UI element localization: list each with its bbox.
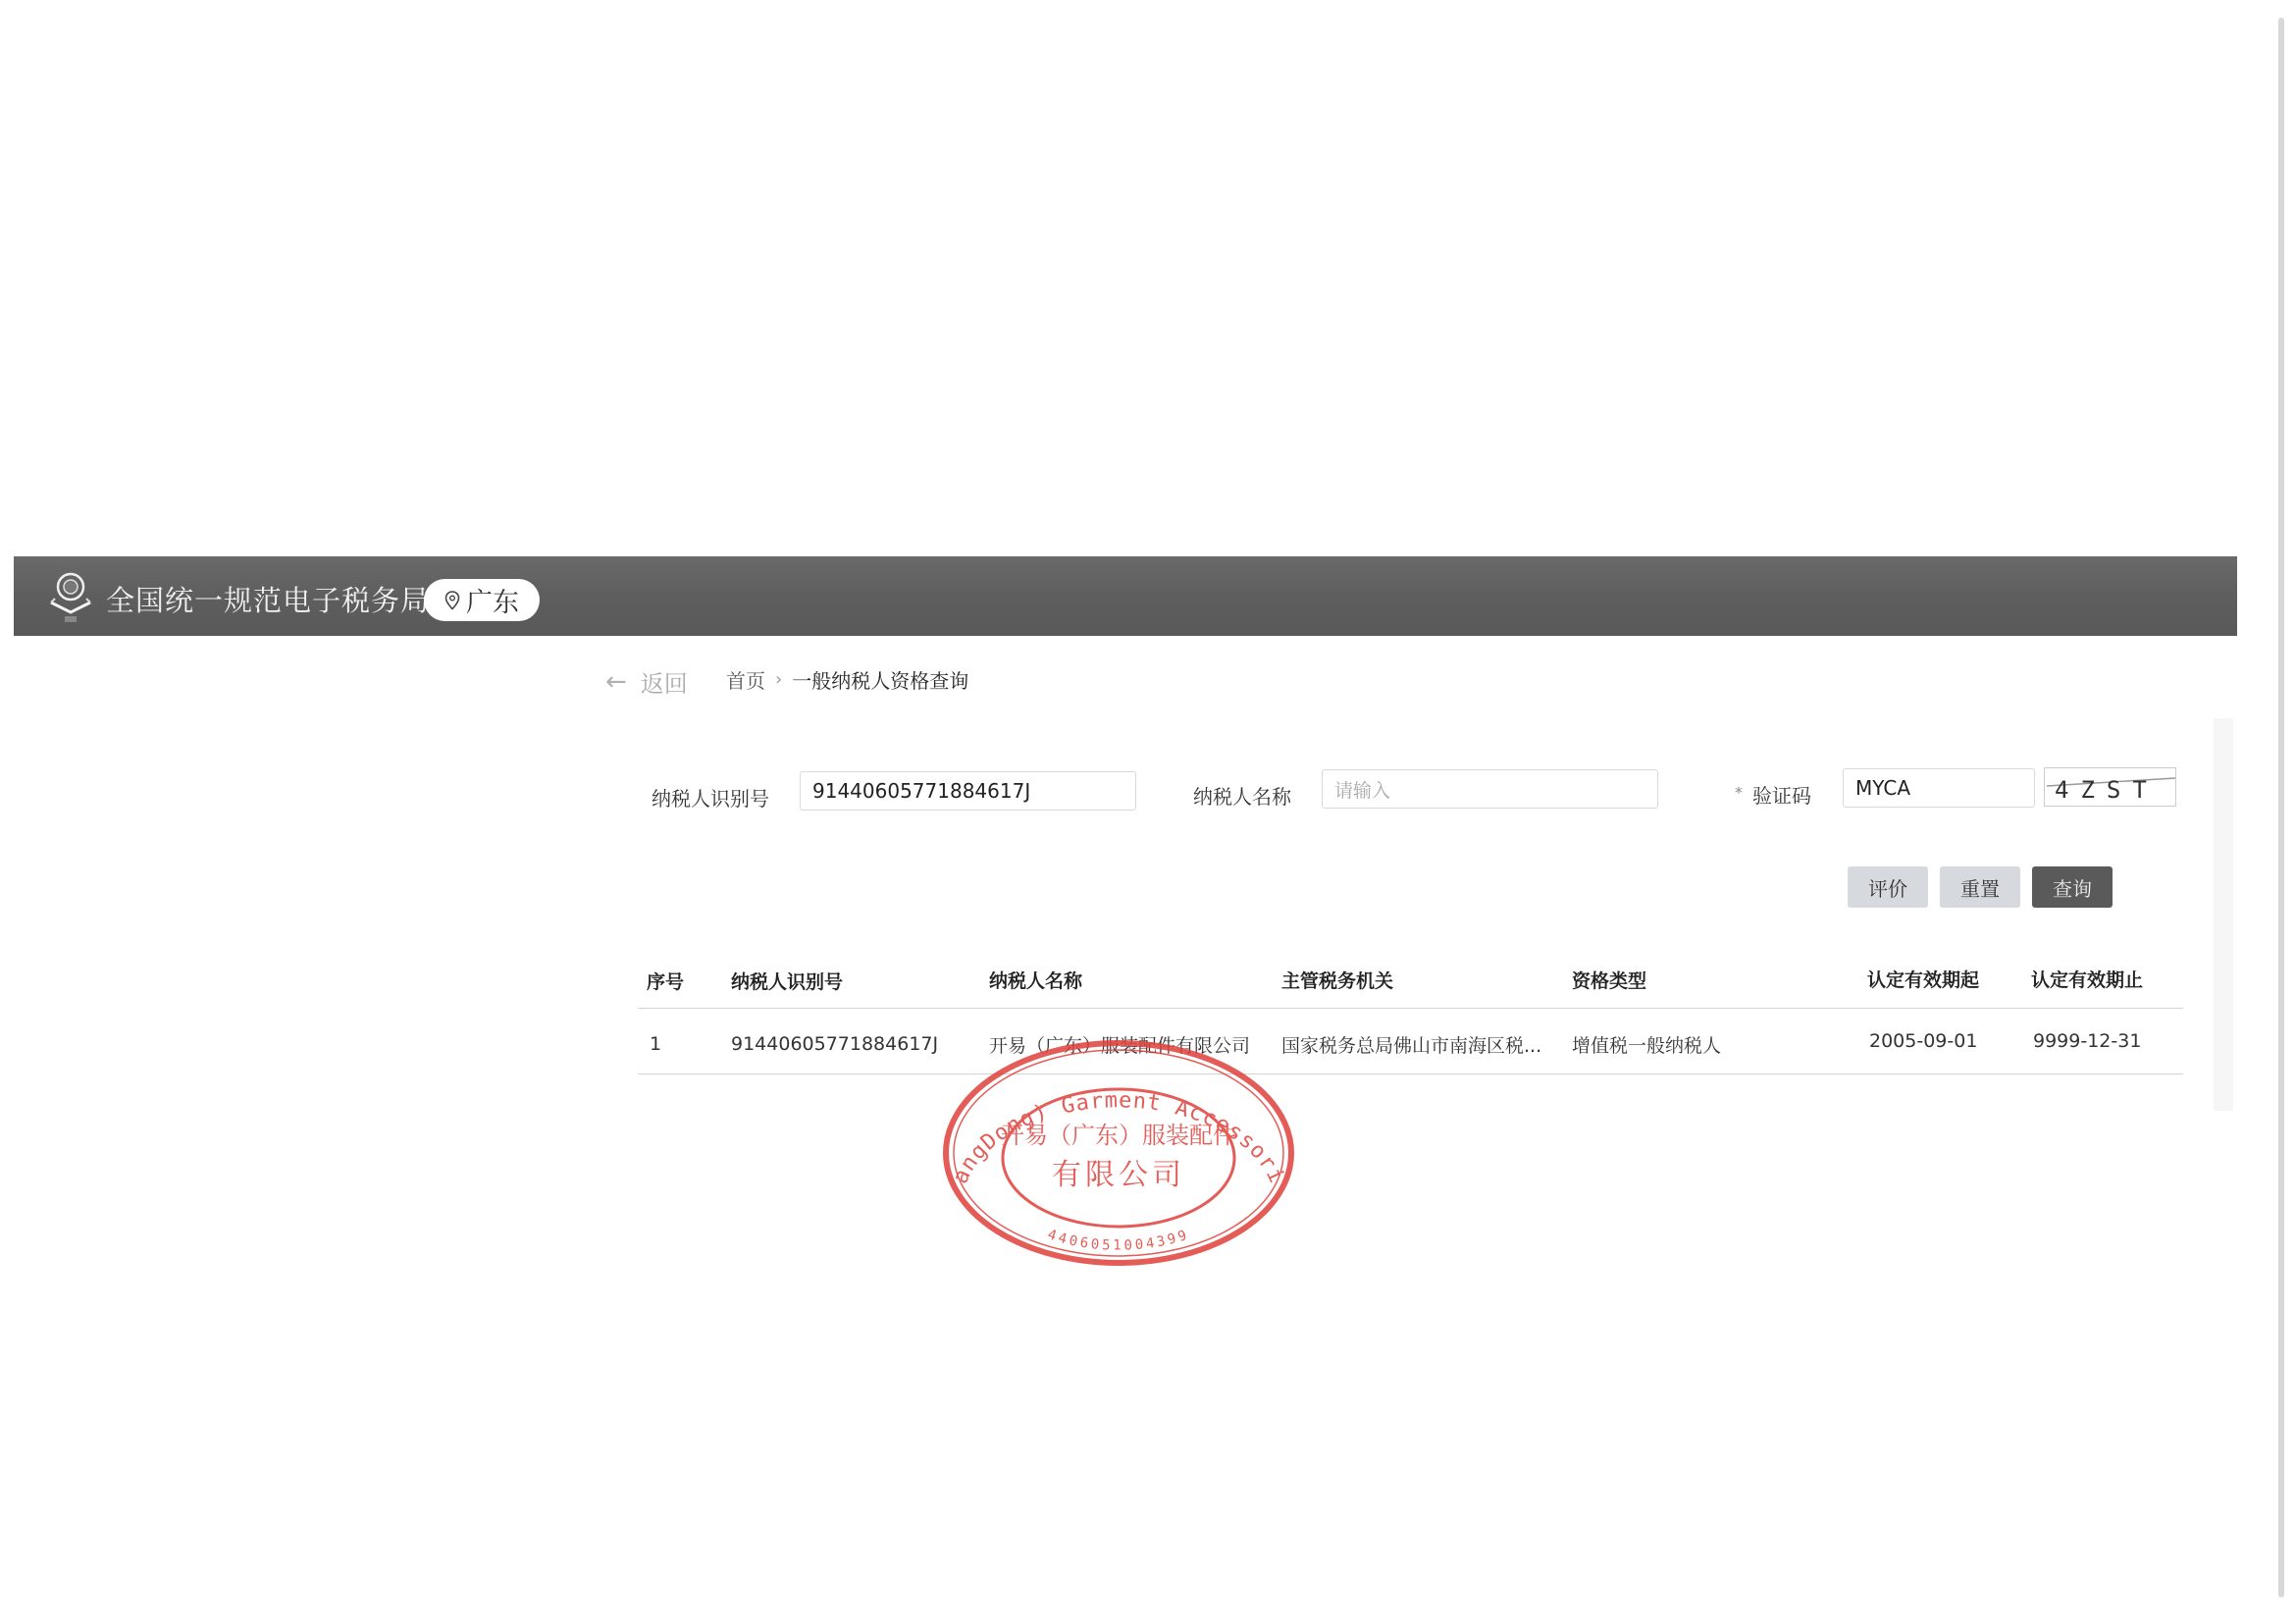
taxpayer-name-input[interactable]: 请输入 — [1322, 769, 1658, 809]
svg-text:开易（广东）服装配件: 开易（广东）服装配件 — [1001, 1122, 1236, 1149]
back-button[interactable]: ← 返回 — [605, 664, 688, 699]
company-seal: KEE (GuangDong) Garment Accessories Ltd.… — [937, 1035, 1300, 1271]
cell-index: 1 — [650, 1033, 661, 1055]
site-title: 全国统一规范电子税务局 — [106, 579, 430, 619]
scrollbar-track[interactable] — [2214, 718, 2233, 1111]
cell-valid-from: 2005-09-01 — [1869, 1030, 1977, 1052]
cell-qualification-type: 增值税一般纳税人 — [1572, 1031, 1721, 1058]
arrow-left-icon: ← — [605, 667, 627, 697]
table-divider — [638, 1073, 2183, 1074]
col-header-taxpayer-name: 纳税人名称 — [989, 967, 1082, 993]
col-header-valid-to: 认定有效期止 — [2031, 966, 2143, 992]
chevron-right-icon: › — [775, 669, 782, 690]
col-header-index: 序号 — [647, 968, 684, 994]
cell-valid-to: 9999-12-31 — [2033, 1030, 2141, 1052]
breadcrumb-home[interactable]: 首页 — [726, 665, 765, 694]
evaluate-button[interactable]: 评价 — [1848, 866, 1928, 908]
svg-text:4406051004399: 4406051004399 — [1046, 1227, 1192, 1253]
col-header-qualification-type: 资格类型 — [1572, 967, 1646, 993]
captcha-input[interactable]: MYCA — [1843, 768, 2035, 808]
required-mark: * — [1735, 783, 1743, 802]
captcha-label: 验证码 — [1752, 780, 1811, 809]
national-tax-emblem-icon — [45, 567, 96, 628]
col-header-taxpayer-id: 纳税人识别号 — [731, 968, 843, 994]
query-button[interactable]: 查询 — [2032, 866, 2113, 908]
svg-text:有限公司: 有限公司 — [1052, 1158, 1185, 1192]
col-header-valid-from: 认定有效期起 — [1867, 966, 1979, 992]
reset-button[interactable]: 重置 — [1940, 866, 2020, 908]
breadcrumb: 首页 › 一般纳税人资格查询 — [726, 665, 968, 694]
svg-text:4ZST: 4ZST — [2055, 776, 2159, 804]
taxpayer-id-label: 纳税人识别号 — [652, 783, 769, 811]
cell-tax-authority: 国家税务总局佛山市南海区税... — [1281, 1031, 1541, 1058]
col-header-tax-authority: 主管税务机关 — [1281, 967, 1393, 993]
taxpayer-id-input[interactable]: 91440605771884617J — [800, 771, 1136, 811]
scan-page-edge — [2278, 18, 2284, 1597]
location-label: 广东 — [466, 581, 519, 619]
taxpayer-name-label: 纳税人名称 — [1193, 781, 1291, 810]
table-divider — [638, 1008, 2183, 1009]
location-selector[interactable]: 广东 — [424, 579, 540, 621]
captcha-image[interactable]: 4ZST — [2044, 767, 2176, 807]
breadcrumb-current: 一般纳税人资格查询 — [792, 665, 968, 694]
location-pin-icon — [444, 591, 460, 610]
cell-taxpayer-id: 91440605771884617J — [731, 1033, 938, 1055]
back-label: 返回 — [641, 664, 688, 699]
